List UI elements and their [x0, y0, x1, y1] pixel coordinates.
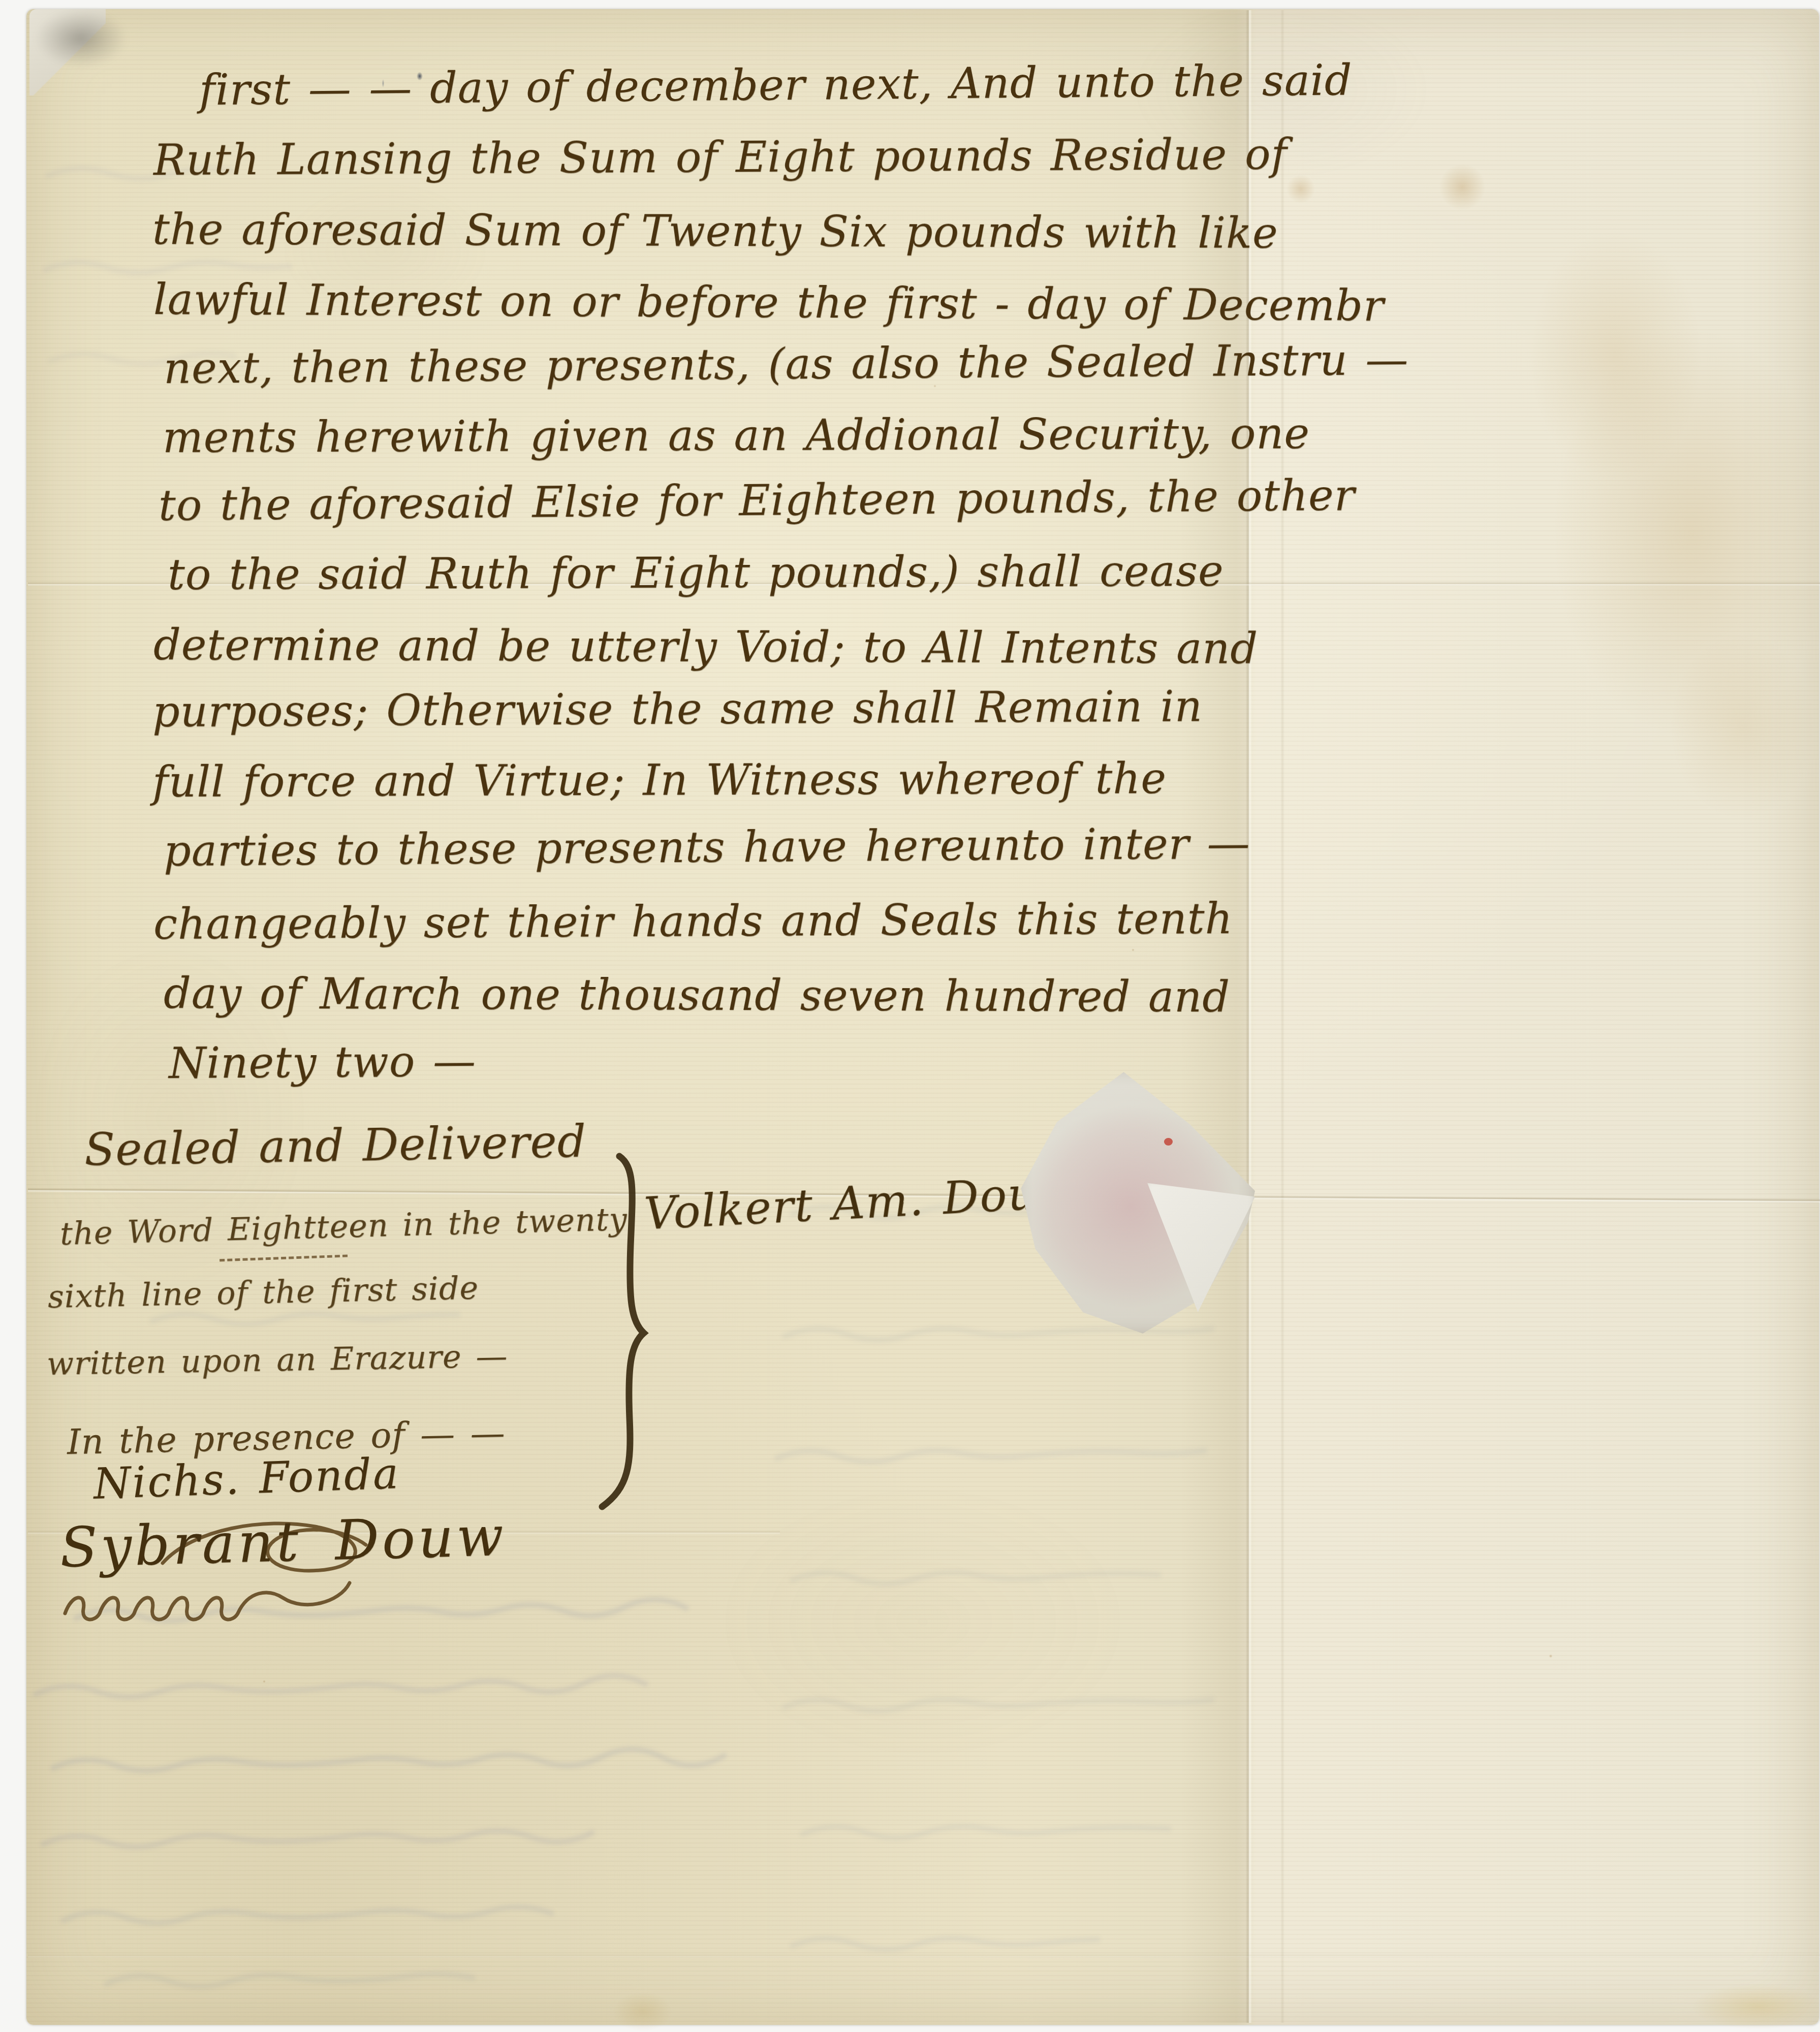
- manuscript-line-2: Ruth Lansing the Sum of Eight pounds Res…: [153, 129, 1288, 185]
- manuscript-line-4: lawful Interest on or before the first -…: [153, 274, 1385, 331]
- manuscript-line-1: first — — day of december next, And unto…: [199, 55, 1353, 115]
- attestation-heading: Sealed and Delivered: [84, 1115, 587, 1176]
- manuscript-line-5: next, then these presents, (as also the …: [164, 335, 1409, 393]
- manuscript-line-3: the aforesaid Sum of Twenty Six pounds w…: [152, 204, 1278, 258]
- manuscript-line-7: to the aforesaid Elsie for Eighteen poun…: [159, 470, 1356, 530]
- manuscript-line-13: changeably set their hands and Seals thi…: [153, 894, 1233, 949]
- witness-signature-sybrant-douw: Sybrant Douw: [59, 1505, 507, 1580]
- manuscript-line-9: determine and be utterly Void; to All In…: [153, 620, 1258, 674]
- page-background: { "document": { "kind": "handwritten man…: [0, 0, 1820, 2032]
- manuscript-line-10: purposes; Otherwise the same shall Remai…: [152, 681, 1203, 737]
- scanned-document: first — — day of december next, And unto…: [0, 0, 1820, 2032]
- curly-brace: [584, 1154, 650, 1510]
- manuscript-line-8: to the said Ruth for Eight pounds,) shal…: [168, 546, 1224, 599]
- manuscript-line-14: day of March one thousand seven hundred …: [164, 968, 1230, 1022]
- wax-seal-paper-wafer: [1016, 1069, 1255, 1333]
- manuscript-line-15: Ninety two —: [169, 1036, 477, 1088]
- signature-flourish-loops: [61, 1570, 437, 1626]
- manuscript-line-11: full force and Virtue; In Witness whereo…: [152, 753, 1167, 807]
- manuscript-line-12: parties to these presents have hereunto …: [164, 818, 1250, 876]
- manuscript-line-6: ments herewith given as an Addional Secu…: [163, 408, 1310, 462]
